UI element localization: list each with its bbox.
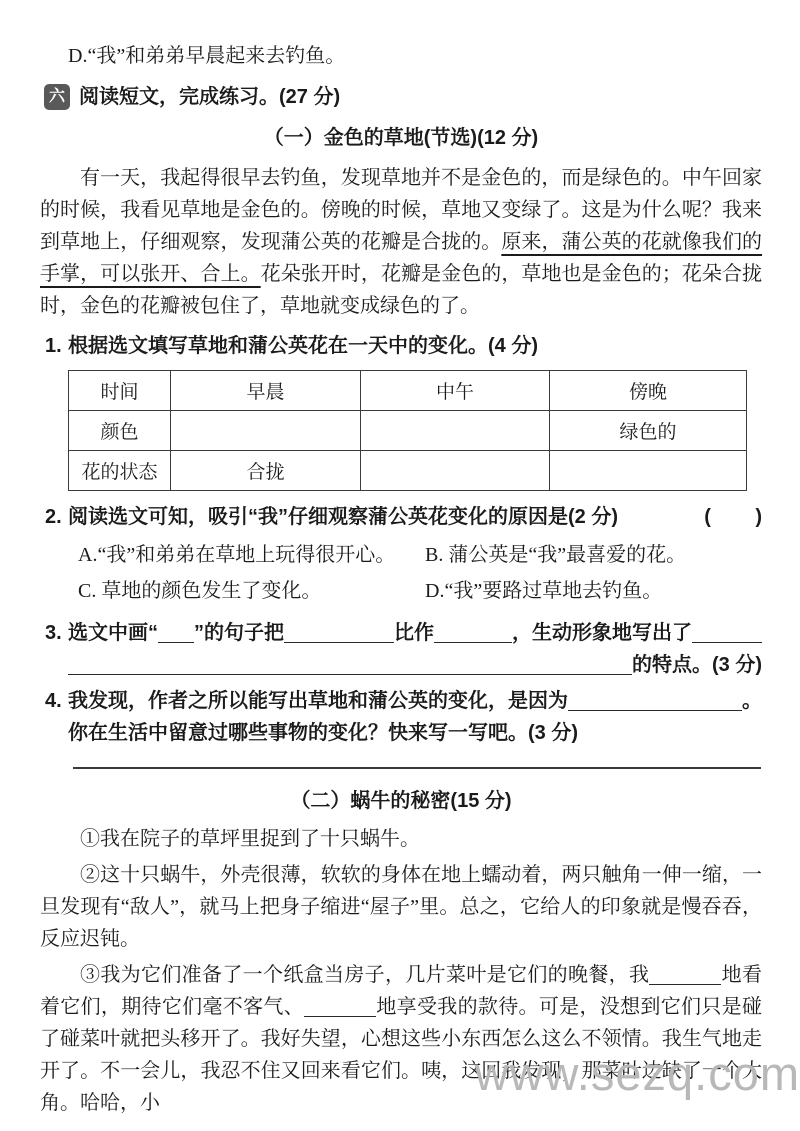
q2-stem-line: 2. 阅读选文可知，吸引“我”仔细观察蒲公英花变化的原因是(2 分) ( ) [45,501,762,533]
cell-time-label: 时间 [69,371,171,411]
change-table: 时间 早晨 中午 傍晚 颜色 绿色的 花的状态 合拢 [68,370,747,491]
cell-flower-evening [550,451,747,491]
q3-seg3: 比作 [394,617,434,649]
section-six-header: 六 阅读短文，完成练习。(27 分) [40,84,762,110]
part1-title: （一）金色的草地(节选)(12 分) [40,124,762,152]
q3-quoted-blank [158,627,194,643]
q2-option-row-1: A.“我”和弟弟在草地上玩得很开心。 B. 蒲公英是“我”最喜爱的花。 [78,541,762,569]
q3-seg4: ，生动形象地写出了 [512,617,692,649]
watermark: www.sezq.com [475,1046,800,1101]
section-number-badge: 六 [44,84,70,110]
question-2: 2. 阅读选文可知，吸引“我”仔细观察蒲公英花变化的原因是(2 分) ( ) A… [40,501,762,605]
p3-blank-2 [304,1001,376,1017]
q2-number: 2. [45,501,68,533]
cell-flower-morning: 合拢 [171,451,361,491]
table-row-color: 颜色 绿色的 [69,411,747,451]
passage-golden-grass: 有一天，我起得很早去钓鱼，发现草地并不是金色的，而是绿色的。中午回家的时候，我看… [40,162,762,322]
option-b: B. 蒲公英是“我”最喜爱的花。 [425,541,686,569]
table-row-time: 时间 早晨 中午 傍晚 [69,371,747,411]
q4-prompt: 你在生活中留意过哪些事物的变化？快来写一写吧。(3 分) [68,717,578,749]
q3-blank-2 [434,627,512,643]
cell-color-evening: 绿色的 [550,411,747,451]
question-4: 4. 我发现，作者之所以能写出草地和蒲公英的变化，是因为 。 你在生活中留意过哪… [40,685,762,749]
exam-page: D.“我”和弟弟早晨起来去钓鱼。 六 阅读短文，完成练习。(27 分) （一）金… [0,0,800,1131]
q4-line-1: 4. 我发现，作者之所以能写出草地和蒲公英的变化，是因为 。 [45,685,762,717]
q1-stem: 根据选文填写草地和蒲公英花在一天中的变化。(4 分) [68,330,538,362]
q2-option-row-2: C. 草地的颜色发生了变化。 D.“我”要路过草地去钓鱼。 [78,577,762,605]
p3-blank-1 [649,969,721,985]
q3-blank-4 [68,659,632,675]
option-d: D.“我”要路过草地去钓鱼。 [425,577,662,605]
table-row-flower-state: 花的状态 合拢 [69,451,747,491]
q1-number: 1. [45,330,68,362]
cell-morning-header: 早晨 [171,371,361,411]
q4-seg2: 。 [742,685,762,717]
q4-blank-1 [568,695,742,711]
option-c: C. 草地的颜色发生了变化。 [78,577,425,605]
snail-paragraph-1: ①我在院子的草坪里捉到了十只蜗牛。 [40,823,762,855]
q2-options: A.“我”和弟弟在草地上玩得很开心。 B. 蒲公英是“我”最喜爱的花。 C. 草… [73,541,762,605]
cell-evening-header: 傍晚 [550,371,747,411]
option-d-line: D.“我”和弟弟早晨起来去钓鱼。 [68,42,762,70]
q2-stem: 阅读选文可知，吸引“我”仔细观察蒲公英花变化的原因是(2 分) [68,501,618,533]
cell-noon-header: 中午 [361,371,550,411]
q4-number: 4. [45,685,68,717]
option-a: A.“我”和弟弟在草地上玩得很开心。 [78,541,425,569]
q1-stem-line: 1. 根据选文填写草地和蒲公英花在一天中的变化。(4 分) [45,330,762,362]
q3-seg2: ”的句子把 [194,617,284,649]
q3-seg1: 选文中画“ [68,617,158,649]
cell-flower-noon [361,451,550,491]
q3-line-1: 3. 选文中画“ ”的句子把 比作 ，生动形象地写出了 [45,617,762,649]
q3-seg5: 的特点。(3 分) [632,649,762,681]
cell-color-label: 颜色 [69,411,171,451]
q2-answer-parentheses: ( ) [704,501,762,533]
q3-number: 3. [45,617,68,649]
section-title: 阅读短文，完成练习。(27 分) [79,84,340,110]
cell-color-morning [171,411,361,451]
question-3: 3. 选文中画“ ”的句子把 比作 ，生动形象地写出了 的特点。(3 分) [40,617,762,681]
q3-blank-3 [692,627,762,643]
q3-line-2: 的特点。(3 分) [68,649,762,681]
q3-blank-1 [284,627,394,643]
part2-title: （二）蜗牛的秘密(15 分) [40,787,762,815]
q4-answer-rule [73,767,761,769]
q4-line-2: 你在生活中留意过哪些事物的变化？快来写一写吧。(3 分) [68,717,762,749]
snail-paragraph-2: ②这十只蜗牛，外壳很薄，软软的身体在地上蠕动着，两只触角一伸一缩，一旦发现有“敌… [40,859,762,955]
p3-seg1: ③我为它们准备了一个纸盒当房子，几片菜叶是它们的晚餐，我 [80,964,649,986]
cell-flower-state-label: 花的状态 [69,451,171,491]
cell-color-noon [361,411,550,451]
question-1: 1. 根据选文填写草地和蒲公英花在一天中的变化。(4 分) [40,330,762,362]
page-content: D.“我”和弟弟早晨起来去钓鱼。 六 阅读短文，完成练习。(27 分) （一）金… [0,0,800,1119]
q4-seg1: 我发现，作者之所以能写出草地和蒲公英的变化，是因为 [68,685,568,717]
